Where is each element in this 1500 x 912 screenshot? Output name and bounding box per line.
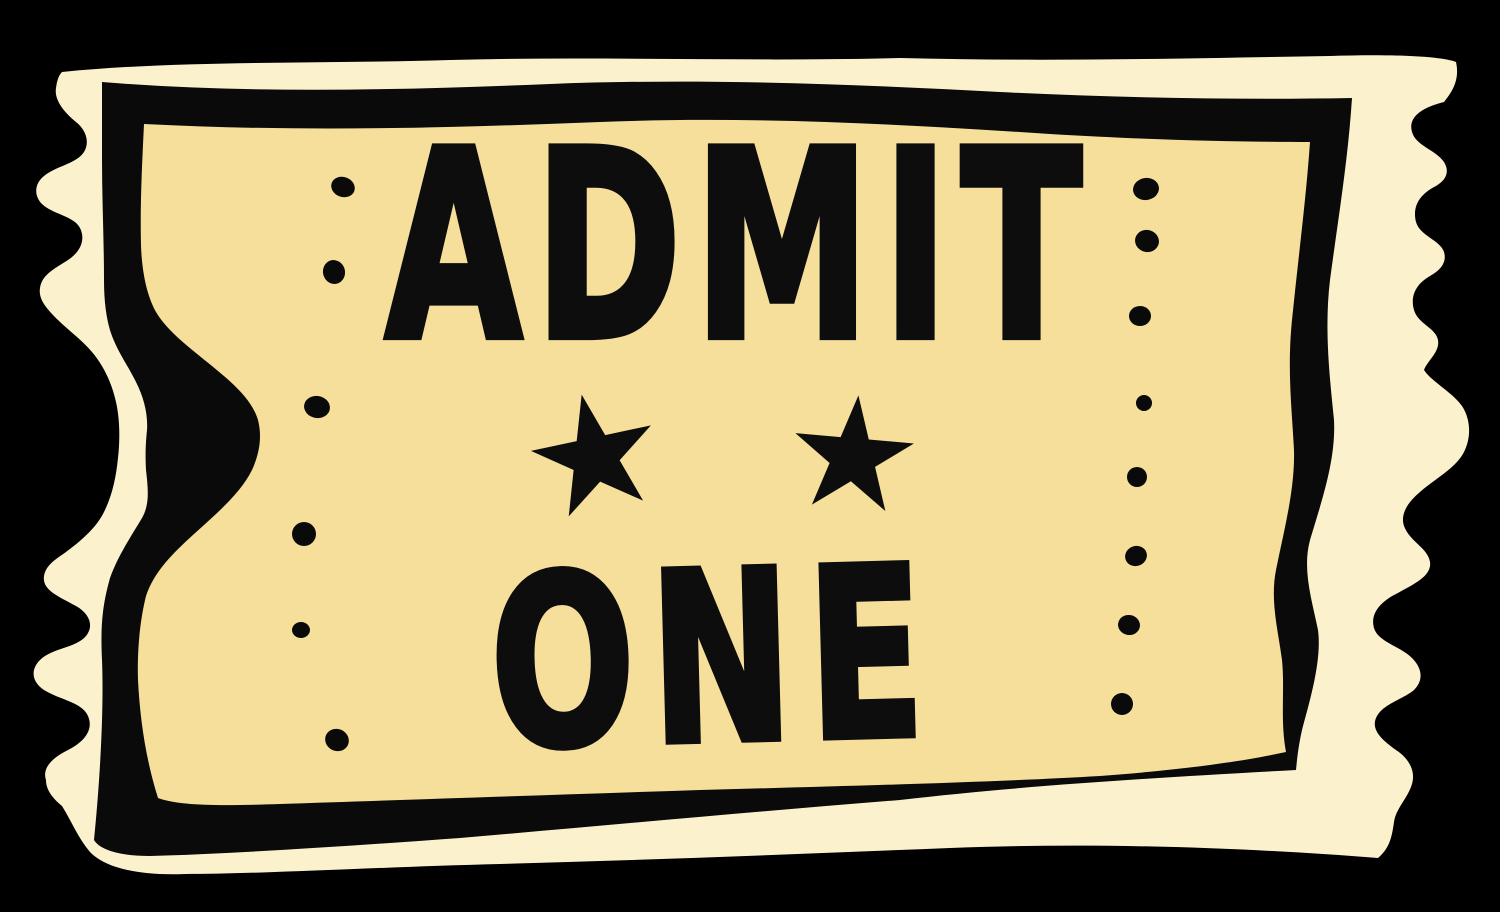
star-icon: ★ [778,371,930,538]
perforation-dot [1127,467,1147,487]
ticket-stars: ★ ★ [523,374,926,534]
ticket-illustration: ADMIT ★ ★ ONE [0,0,1500,912]
perforation-dot [1136,395,1152,411]
perforation-dot [1111,693,1133,715]
ticket-text-one: ONE [488,536,943,783]
perforation-dot [1129,306,1151,326]
star-icon: ★ [507,361,681,547]
ticket-text-admit: ADMIT [385,117,1094,377]
perforation-dot [292,622,310,638]
perforation-dot [292,522,316,546]
